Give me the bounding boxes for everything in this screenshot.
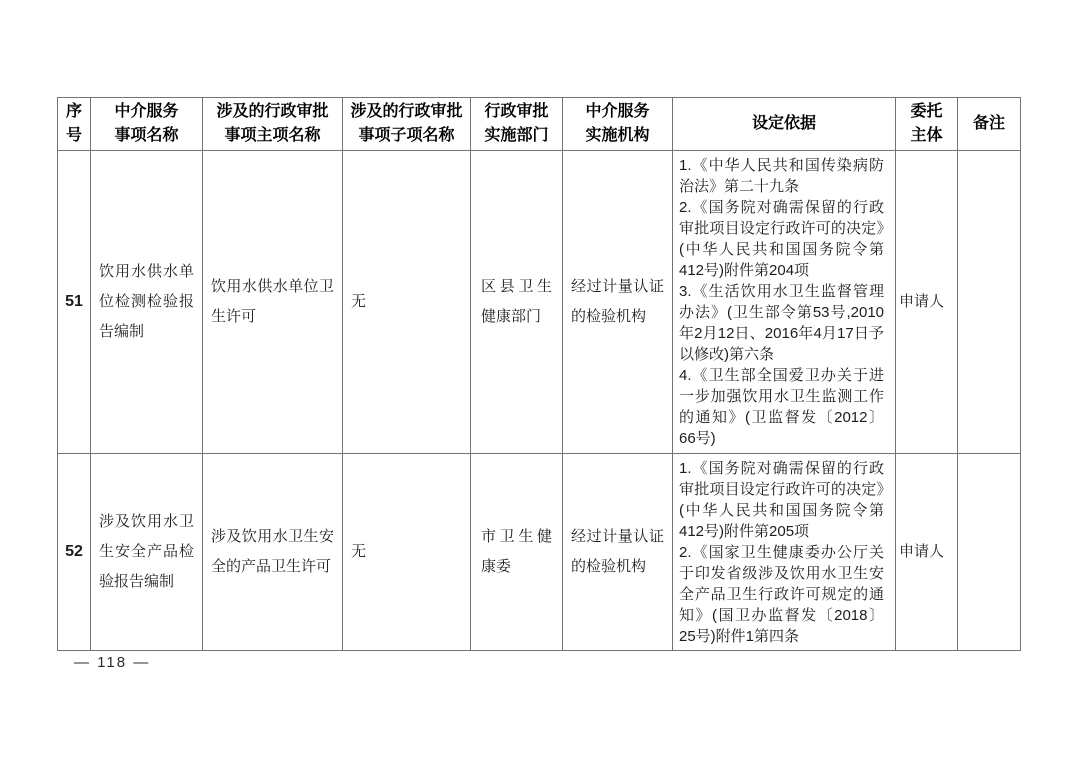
intermediary-services-table: 序 号 中介服务 事项名称 涉及的行政审批 事项主项名称 涉及的行政审批 事项子… <box>57 97 1021 651</box>
cell-principal: 申请人 <box>896 151 958 454</box>
header-service-item: 中介服务 事项名称 <box>91 98 203 151</box>
cell-sub-item: 无 <box>343 151 471 454</box>
cell-approval-department: 区县卫生健康部门 <box>471 151 563 454</box>
cell-sub-item: 无 <box>343 454 471 651</box>
header-approval-department: 行政审批 实施部门 <box>471 98 563 151</box>
header-seq: 序 号 <box>58 98 91 151</box>
cell-service-item: 涉及饮用水卫生安全产品检验报告编制 <box>91 454 203 651</box>
cell-main-item: 涉及饮用水卫生安全的产品卫生许可 <box>203 454 343 651</box>
cell-remarks <box>958 151 1021 454</box>
cell-seq: 52 <box>58 454 91 651</box>
page-number: — 118 — <box>74 654 150 671</box>
cell-implementing-agency: 经过计量认证的检验机构 <box>563 151 673 454</box>
header-implementing-agency: 中介服务 实施机构 <box>563 98 673 151</box>
cell-principal: 申请人 <box>896 454 958 651</box>
header-main-item: 涉及的行政审批 事项主项名称 <box>203 98 343 151</box>
cell-main-item: 饮用水供水单位卫生许可 <box>203 151 343 454</box>
cell-approval-department: 市卫生健康委 <box>471 454 563 651</box>
cell-implementing-agency: 经过计量认证的检验机构 <box>563 454 673 651</box>
cell-remarks <box>958 454 1021 651</box>
cell-legal-basis: 1.《国务院对确需保留的行政审批项目设定行政许可的决定》(中华人民共和国国务院令… <box>673 454 896 651</box>
cell-legal-basis: 1.《中华人民共和国传染病防治法》第二十九条 2.《国务院对确需保留的行政审批项… <box>673 151 896 454</box>
header-principal: 委托 主体 <box>896 98 958 151</box>
document-page: 序 号 中介服务 事项名称 涉及的行政审批 事项主项名称 涉及的行政审批 事项子… <box>0 0 1074 757</box>
table-header-row: 序 号 中介服务 事项名称 涉及的行政审批 事项主项名称 涉及的行政审批 事项子… <box>58 98 1021 151</box>
cell-seq: 51 <box>58 151 91 454</box>
header-legal-basis: 设定依据 <box>673 98 896 151</box>
header-remarks: 备注 <box>958 98 1021 151</box>
header-sub-item: 涉及的行政审批 事项子项名称 <box>343 98 471 151</box>
table-row: 52 涉及饮用水卫生安全产品检验报告编制 涉及饮用水卫生安全的产品卫生许可 无 … <box>58 454 1021 651</box>
cell-service-item: 饮用水供水单位检测检验报告编制 <box>91 151 203 454</box>
table-row: 51 饮用水供水单位检测检验报告编制 饮用水供水单位卫生许可 无 区县卫生健康部… <box>58 151 1021 454</box>
